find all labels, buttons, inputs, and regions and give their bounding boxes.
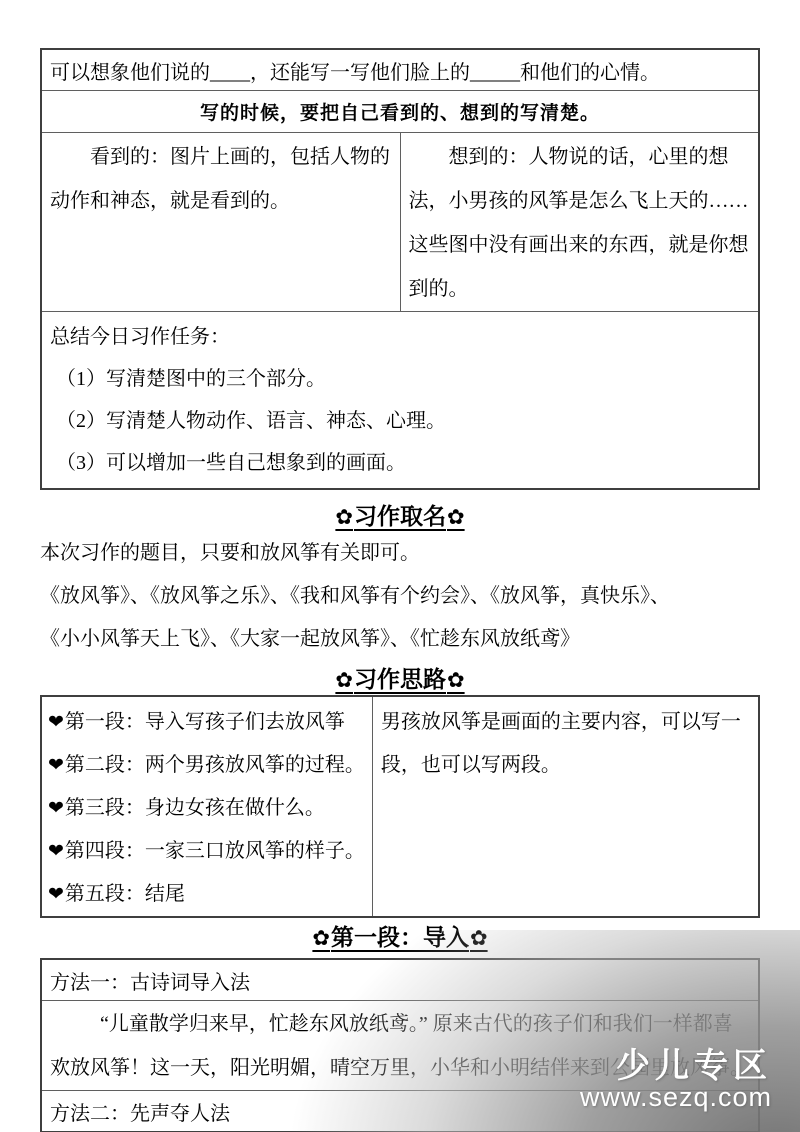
outline-item-text: 第三段：身边女孩在做什么。: [65, 797, 325, 819]
write-clearly-cell: 写的时候，要把自己看到的、想到的写清楚。: [41, 91, 759, 133]
list-item: ❤第四段：一家三口放风筝的样子。: [48, 830, 364, 873]
summary-item: （2）写清楚人物动作、语言、神态、心理。: [50, 400, 750, 442]
summary-title: 总结今日习作任务：: [50, 316, 750, 358]
method1-cell: 方法一：古诗词导入法: [41, 959, 759, 1001]
heart-icon: ❤: [48, 711, 64, 733]
flower-icon: ✿: [446, 668, 466, 692]
imagine-line-cell: 可以想象他们说的____，还能写一写他们脸上的_____和他们的心情。: [41, 49, 759, 91]
table-row: 方法一：古诗词导入法: [41, 959, 759, 1001]
outline-note-text: 男孩放风筝是画面的主要内容，可以写一段，也可以写两段。: [381, 701, 750, 787]
table-row: 总结今日习作任务： （1）写清楚图中的三个部分。 （2）写清楚人物动作、语言、神…: [41, 312, 759, 490]
heading-naming-text: 习作取名: [354, 504, 446, 529]
heading-intro-text: 第一段：导入: [331, 925, 469, 950]
section-heading-naming: ✿习作取名✿: [0, 502, 800, 532]
method2-cell: 方法二：先声夺人法: [41, 1091, 759, 1132]
heart-icon: ❤: [48, 883, 64, 905]
naming-titles-line2: 《小小风筝天上飞》、《大家一起放风筝》、《忙趁东风放纸鸢》: [40, 618, 760, 661]
worksheet-page: 可以想象他们说的____，还能写一写他们脸上的_____和他们的心情。 写的时候…: [0, 0, 800, 1132]
naming-titles-line1: 《放风筝》、《放风筝之乐》、《我和风筝有个约会》、《放风筝，真快乐》、: [40, 575, 760, 618]
summary-item: （1）写清楚图中的三个部分。: [50, 358, 750, 400]
thought-cell: 想到的：人物说的话，心里的想法，小男孩的风筝是怎么飞上天的……这些图中没有画出来…: [400, 133, 759, 312]
flower-icon: ✿: [469, 926, 489, 950]
flower-icon: ✿: [334, 505, 354, 529]
method1-example-cell: “儿童散学归来早，忙趁东风放纸鸢。” 原来古代的孩子们和我们一样都喜欢放风筝！这…: [41, 1001, 759, 1091]
flower-icon: ✿: [334, 668, 354, 692]
thought-text: 想到的：人物说的话，心里的想法，小男孩的风筝是怎么飞上天的……这些图中没有画出来…: [409, 133, 751, 311]
writing-guide-table: 可以想象他们说的____，还能写一写他们脸上的_____和他们的心情。 写的时候…: [40, 48, 760, 490]
table-row: 写的时候，要把自己看到的、想到的写清楚。: [41, 91, 759, 133]
intro-methods-table: 方法一：古诗词导入法 “儿童散学归来早，忙趁东风放纸鸢。” 原来古代的孩子们和我…: [40, 958, 760, 1132]
outline-note-cell: 男孩放风筝是画面的主要内容，可以写一段，也可以写两段。: [372, 696, 759, 917]
table-row: 可以想象他们说的____，还能写一写他们脸上的_____和他们的心情。: [41, 49, 759, 91]
heart-icon: ❤: [48, 797, 64, 819]
seen-cell: 看到的：图片上画的，包括人物的动作和神态，就是看到的。: [41, 133, 400, 312]
heading-outline-text: 习作思路: [354, 667, 446, 692]
outline-item-text: 第五段：结尾: [65, 883, 185, 905]
heart-icon: ❤: [48, 754, 64, 776]
list-item: ❤第二段：两个男孩放风筝的过程。: [48, 744, 364, 787]
flower-icon: ✿: [311, 926, 331, 950]
outline-item-text: 第一段：导入写孩子们去放风筝: [65, 711, 345, 733]
table-row: 方法二：先声夺人法: [41, 1091, 759, 1132]
list-item: ❤第三段：身边女孩在做什么。: [48, 787, 364, 830]
outline-item-text: 第四段：一家三口放风筝的样子。: [65, 840, 365, 862]
outline-table: ❤第一段：导入写孩子们去放风筝 ❤第二段：两个男孩放风筝的过程。 ❤第三段：身边…: [40, 695, 760, 918]
outline-paragraph-list-cell: ❤第一段：导入写孩子们去放风筝 ❤第二段：两个男孩放风筝的过程。 ❤第三段：身边…: [41, 696, 372, 917]
list-item: ❤第五段：结尾: [48, 873, 364, 916]
seen-text: 看到的：图片上画的，包括人物的动作和神态，就是看到的。: [50, 133, 392, 223]
list-item: ❤第一段：导入写孩子们去放风筝: [48, 701, 364, 744]
flower-icon: ✿: [446, 505, 466, 529]
imagine-line-text: 可以想象他们说的____，还能写一写他们脸上的_____和他们的心情。: [50, 62, 660, 84]
outline-item-text: 第二段：两个男孩放风筝的过程。: [65, 754, 365, 776]
summary-cell: 总结今日习作任务： （1）写清楚图中的三个部分。 （2）写清楚人物动作、语言、神…: [41, 312, 759, 490]
write-clearly-text: 写的时候，要把自己看到的、想到的写清楚。: [200, 103, 600, 124]
table-row: 看到的：图片上画的，包括人物的动作和神态，就是看到的。 想到的：人物说的话，心里…: [41, 133, 759, 312]
section-heading-intro: ✿第一段：导入✿: [0, 923, 800, 953]
summary-item: （3）可以增加一些自己想象到的画面。: [50, 442, 750, 484]
method1-example-text: “儿童散学归来早，忙趁东风放纸鸢。” 原来古代的孩子们和我们一样都喜欢放风筝！这…: [50, 1001, 750, 1090]
heart-icon: ❤: [48, 840, 64, 862]
naming-intro-paragraph: 本次习作的题目，只要和放风筝有关即可。: [40, 532, 760, 575]
table-row: “儿童散学归来早，忙趁东风放纸鸢。” 原来古代的孩子们和我们一样都喜欢放风筝！这…: [41, 1001, 759, 1091]
table-row: ❤第一段：导入写孩子们去放风筝 ❤第二段：两个男孩放风筝的过程。 ❤第三段：身边…: [41, 696, 759, 917]
section-heading-outline: ✿习作思路✿: [0, 665, 800, 695]
